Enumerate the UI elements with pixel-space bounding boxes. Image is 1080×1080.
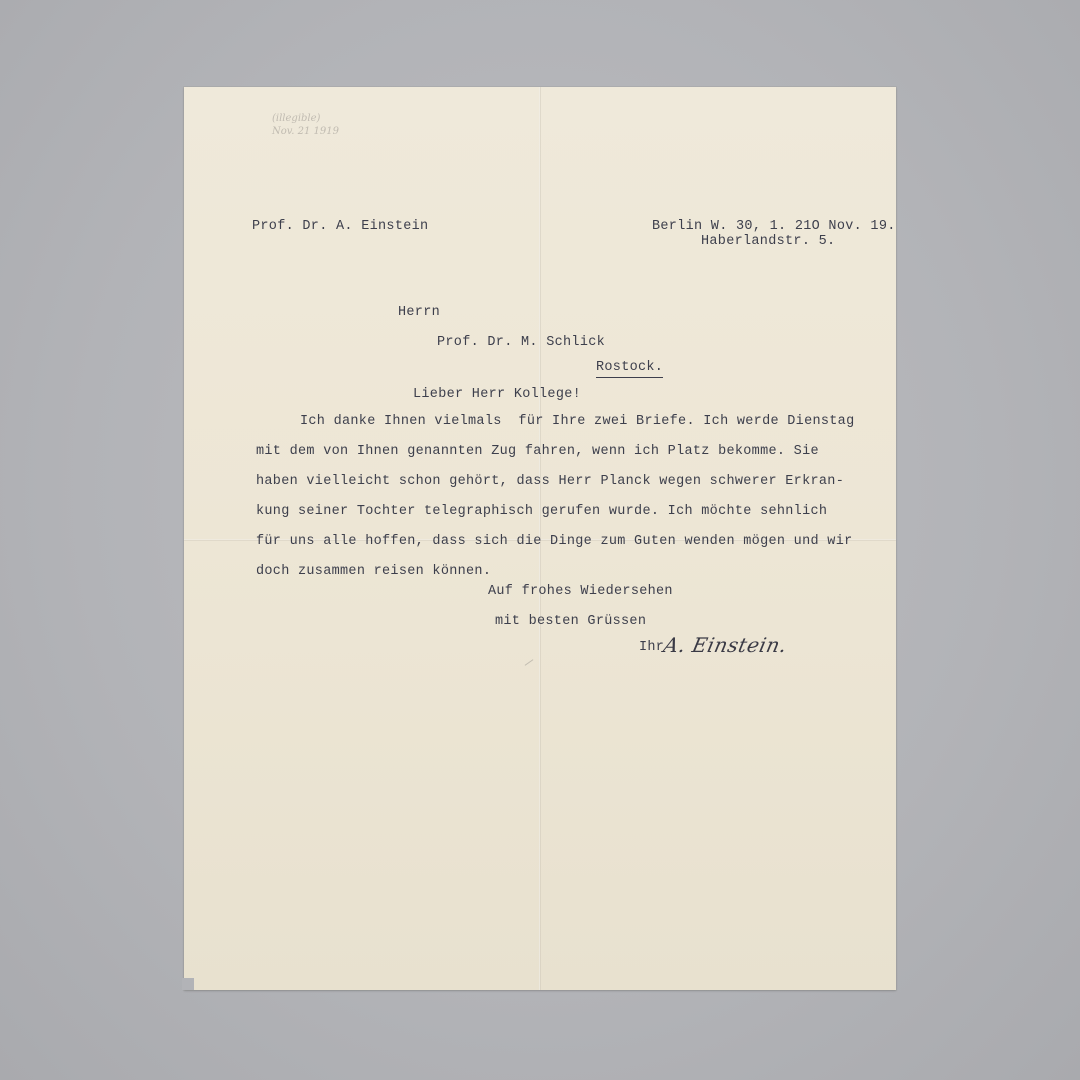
signoff: Ihr: [639, 640, 664, 656]
greeting: Lieber Herr Kollege!: [413, 387, 581, 403]
recipient-prefix: Herrn: [398, 305, 440, 321]
body-line: haben vielleicht schon gehört, dass Herr…: [256, 474, 844, 490]
recipient-name: Prof. Dr. M. Schlick: [437, 335, 605, 351]
sender-name: Prof. Dr. A. Einstein: [252, 219, 428, 235]
pencil-note-line-2: Nov. 21 1919: [272, 125, 339, 138]
body-line: kung seiner Tochter telegraphisch gerufe…: [256, 504, 827, 520]
body-line: doch zusammen reisen können.: [256, 564, 491, 580]
place-date: Berlin W. 30, 1. 21O Nov. 19.: [652, 219, 896, 235]
handwritten-signature: A. Einstein.: [661, 633, 789, 657]
sender-street: Haberlandstr. 5.: [701, 234, 835, 250]
archival-pencil-note: (illegible) Nov. 21 1919: [272, 112, 339, 138]
pencil-mark: [525, 659, 534, 666]
letter-paper: (illegible) Nov. 21 1919 Prof. Dr. A. Ei…: [184, 87, 896, 990]
body-line: für uns alle hoffen, dass sich die Dinge…: [256, 534, 853, 550]
body-line: Ich danke Ihnen vielmals für Ihre zwei B…: [300, 414, 855, 430]
body-line: mit dem von Ihnen genannten Zug fahren, …: [256, 444, 819, 460]
recipient-city: Rostock.: [596, 360, 663, 378]
closing-line-2: mit besten Grüssen: [495, 614, 646, 630]
closing-line-1: Auf frohes Wiedersehen: [488, 584, 673, 600]
pencil-note-line-1: (illegible): [272, 112, 339, 125]
